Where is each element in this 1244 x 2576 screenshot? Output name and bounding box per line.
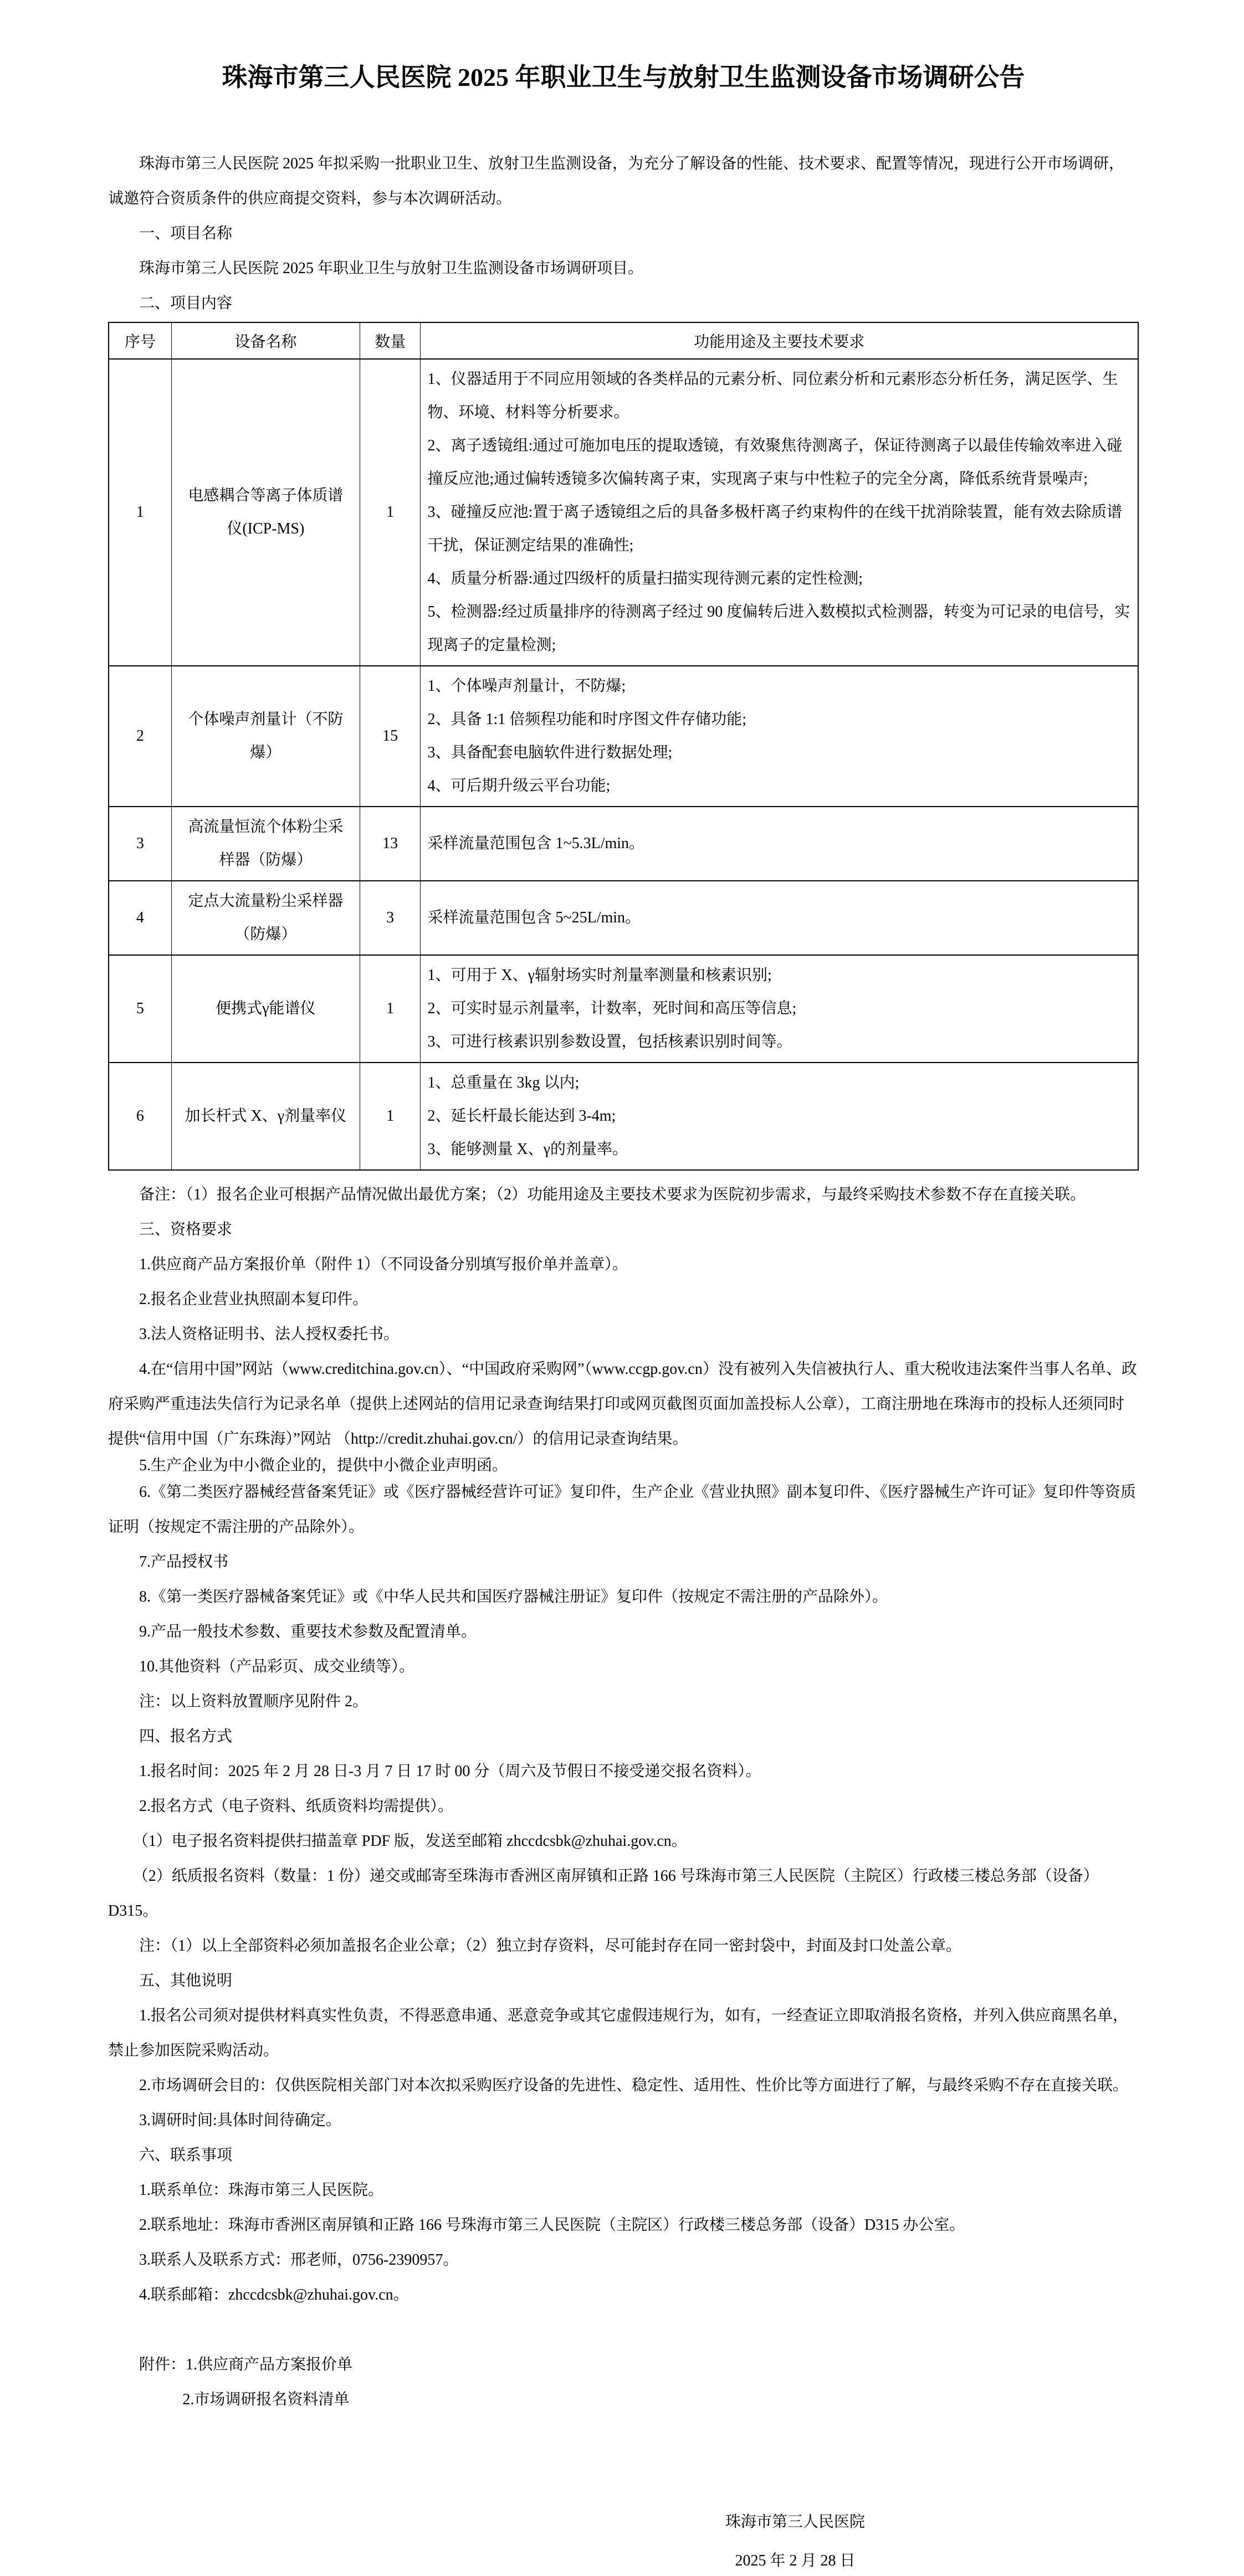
- section-1-heading: 一、项目名称: [108, 216, 1139, 251]
- device-qty: 1: [360, 1063, 421, 1170]
- document-page: 珠海市第三人民医院 2025 年职业卫生与放射卫生监测设备市场调研公告 珠海市第…: [0, 0, 1244, 2576]
- contact-item: 1.联系单位：珠海市第三人民医院。: [108, 2173, 1139, 2208]
- document-title: 珠海市第三人民医院 2025 年职业卫生与放射卫生监测设备市场调研公告: [108, 60, 1139, 95]
- table-row: 5 便携式γ能谱仪 1 1、可用于 X、γ辐射场实时剂量率测量和核素识别; 2、…: [109, 955, 1138, 1063]
- registration-item: 2.报名方式（电子资料、纸质资料均需提供）。: [108, 1789, 1139, 1824]
- device-requirements: 1、总重量在 3kg 以内; 2、延长杆最长能达到 3-4m; 3、能够测量 X…: [421, 1063, 1138, 1170]
- table-row: 3 高流量恒流个体粉尘采样器（防爆） 13 采样流量范围包含 1~5.3L/mi…: [109, 807, 1138, 881]
- qualification-item: 2.报名企业营业执照副本复印件。: [108, 1282, 1139, 1317]
- requirement-line: 采样流量范围包含 5~25L/min。: [427, 901, 1132, 935]
- attachment-line: 附件：1.供应商产品方案报价单: [108, 2347, 1139, 2382]
- other-note-item: 1.报名公司须对提供材料真实性负责，不得恶意串通、恶意竞争或其它虚假违规行为，如…: [108, 1998, 1139, 2068]
- requirement-line: 3、具备配套电脑软件进行数据处理;: [427, 736, 1132, 769]
- requirement-line: 1、总重量在 3kg 以内;: [427, 1066, 1132, 1100]
- device-requirements: 采样流量范围包含 1~5.3L/min。: [421, 807, 1138, 881]
- table-row: 4 定点大流量粉尘采样器（防爆） 3 采样流量范围包含 5~25L/min。: [109, 881, 1138, 955]
- requirement-line: 1、可用于 X、γ辐射场实时剂量率测量和核素识别;: [427, 959, 1132, 992]
- device-qty: 1: [360, 359, 421, 666]
- requirement-line: 2、延长杆最长能达到 3-4m;: [427, 1100, 1132, 1133]
- device-qty: 3: [360, 881, 421, 955]
- requirement-line: 2、离子透镜组:通过可施加电压的提取透镜，有效聚焦待测离子，保证待测离子以最佳传…: [427, 429, 1132, 496]
- qualification-item: 3.法人资格证明书、法人授权委托书。: [108, 1317, 1139, 1352]
- device-name: 电感耦合等离子体质谱仪(ICP-MS): [171, 359, 360, 666]
- device-qty: 15: [360, 666, 421, 807]
- other-note-item: 3.调研时间:具体时间待确定。: [108, 2103, 1139, 2138]
- row-seq: 5: [109, 955, 171, 1063]
- requirement-line: 3、碰撞反应池:置于离子透镜组之后的具备多极杆离子约束构件的在线干扰消除装置，能…: [427, 496, 1132, 562]
- device-requirements: 1、仪器适用于不同应用领域的各类样品的元素分析、同位素分析和元素形态分析任务，满…: [421, 359, 1138, 666]
- registration-note: 注：（1）以上全部资料必须加盖报名企业公章；（2）独立封存资料，尽可能封存在同一…: [108, 1928, 1139, 1963]
- header-device-name: 设备名称: [171, 322, 360, 359]
- section-2-heading: 二、项目内容: [108, 286, 1139, 321]
- header-qty: 数量: [360, 322, 421, 359]
- equipment-table: 序号 设备名称 数量 功能用途及主要技术要求 1 电感耦合等离子体质谱仪(ICP…: [108, 322, 1139, 1171]
- device-name: 定点大流量粉尘采样器（防爆）: [171, 881, 360, 955]
- table-row: 6 加长杆式 X、γ剂量率仪 1 1、总重量在 3kg 以内; 2、延长杆最长能…: [109, 1063, 1138, 1170]
- device-requirements: 采样流量范围包含 5~25L/min。: [421, 881, 1138, 955]
- section-6-heading: 六、联系事项: [108, 2138, 1139, 2173]
- device-qty: 13: [360, 807, 421, 881]
- qualification-item: 4.在“信用中国”网站（www.creditchina.gov.cn）、“中国政…: [108, 1352, 1139, 1456]
- registration-item: 1.报名时间：2025 年 2 月 28 日-3 月 7 日 17 时 00 分…: [108, 1754, 1139, 1789]
- qualification-item: 10.其他资料（产品彩页、成交业绩等）。: [108, 1649, 1139, 1684]
- requirement-line: 2、可实时显示剂量率，计数率，死时间和高压等信息;: [427, 992, 1132, 1025]
- signature-block: 珠海市第三人民医院 2025 年 2 月 28 日: [684, 2503, 906, 2576]
- header-requirements: 功能用途及主要技术要求: [421, 322, 1138, 359]
- contact-item: 2.联系地址：珠海市香洲区南屏镇和正路 166 号珠海市第三人民医院（主院区）行…: [108, 2208, 1139, 2243]
- qualification-item: 1.供应商产品方案报价单（附件 1）（不同设备分别填写报价单并盖章）。: [108, 1247, 1139, 1282]
- device-name: 高流量恒流个体粉尘采样器（防爆）: [171, 807, 360, 881]
- row-seq: 4: [109, 881, 171, 955]
- qualification-note: 注：以上资料放置顺序见附件 2。: [108, 1684, 1139, 1719]
- device-qty: 1: [360, 955, 421, 1063]
- qualification-item: 5.生产企业为中小微企业的，提供中小微企业声明函。: [108, 1456, 1139, 1475]
- section-5-heading: 五、其他说明: [108, 1963, 1139, 1998]
- requirement-line: 3、能够测量 X、γ的剂量率。: [427, 1133, 1132, 1166]
- section-4-heading: 四、报名方式: [108, 1719, 1139, 1754]
- section-1-body: 珠海市第三人民医院 2025 年职业卫生与放射卫生监测设备市场调研项目。: [108, 251, 1139, 286]
- requirement-line: 1、个体噪声剂量计，不防爆;: [427, 670, 1132, 703]
- table-header-row: 序号 设备名称 数量 功能用途及主要技术要求: [109, 322, 1138, 359]
- registration-sub-item: （1）电子报名资料提供扫描盖章 PDF 版，发送至邮箱 zhccdcsbk@zh…: [108, 1824, 1139, 1859]
- table-row: 2 个体噪声剂量计（不防爆） 15 1、个体噪声剂量计，不防爆; 2、具备 1:…: [109, 666, 1138, 807]
- attachment-line: 2.市场调研报名资料清单: [108, 2382, 1139, 2417]
- intro-paragraph: 珠海市第三人民医院 2025 年拟采购一批职业卫生、放射卫生监测设备，为充分了解…: [108, 146, 1139, 216]
- requirement-line: 采样流量范围包含 1~5.3L/min。: [427, 827, 1132, 860]
- contact-item: 3.联系人及联系方式：邢老师，0756-2390957。: [108, 2243, 1139, 2277]
- device-name: 个体噪声剂量计（不防爆）: [171, 666, 360, 807]
- qualification-item: 9.产品一般技术参数、重要技术参数及配置清单。: [108, 1614, 1139, 1649]
- device-requirements: 1、个体噪声剂量计，不防爆; 2、具备 1:1 倍频程功能和时序图文件存储功能;…: [421, 666, 1138, 807]
- table-row: 1 电感耦合等离子体质谱仪(ICP-MS) 1 1、仪器适用于不同应用领域的各类…: [109, 359, 1138, 666]
- row-seq: 6: [109, 1063, 171, 1170]
- requirement-line: 5、检测器:经过质量排序的待测离子经过 90 度偏转后进入数模拟式检测器，转变为…: [427, 596, 1132, 662]
- contact-item: 4.联系邮箱：zhccdcsbk@zhuhai.gov.cn。: [108, 2277, 1139, 2312]
- row-seq: 1: [109, 359, 171, 666]
- requirement-line: 4、质量分析器:通过四级杆的质量扫描实现待测元素的定性检测;: [427, 562, 1132, 596]
- signature-date: 2025 年 2 月 28 日: [684, 2542, 906, 2576]
- row-seq: 2: [109, 666, 171, 807]
- requirement-line: 2、具备 1:1 倍频程功能和时序图文件存储功能;: [427, 703, 1132, 736]
- registration-sub-item: （2）纸质报名资料（数量：1 份）递交或邮寄至珠海市香洲区南屏镇和正路 166 …: [108, 1859, 1139, 1928]
- signature-org: 珠海市第三人民医院: [684, 2503, 906, 2542]
- qualification-item: 8.《第一类医疗器械备案凭证》或《中华人民共和国医疗器械注册证》复印件（按规定不…: [108, 1579, 1139, 1614]
- table-remark: 备注：（1）报名企业可根据产品情况做出最优方案；（2）功能用途及主要技术要求为医…: [108, 1177, 1139, 1212]
- row-seq: 3: [109, 807, 171, 881]
- requirement-line: 1、仪器适用于不同应用领域的各类样品的元素分析、同位素分析和元素形态分析任务，满…: [427, 363, 1132, 429]
- attachments-block: 附件：1.供应商产品方案报价单 2.市场调研报名资料清单: [108, 2347, 1139, 2417]
- device-name: 便携式γ能谱仪: [171, 955, 360, 1063]
- section-3-heading: 三、资格要求: [108, 1212, 1139, 1247]
- qualification-item: 6.《第二类医疗器械经营备案凭证》或《医疗器械经营许可证》复印件，生产企业《营业…: [108, 1475, 1139, 1544]
- qualification-item: 7.产品授权书: [108, 1544, 1139, 1579]
- device-name: 加长杆式 X、γ剂量率仪: [171, 1063, 360, 1170]
- header-seq: 序号: [109, 322, 171, 359]
- other-note-item: 2.市场调研会目的：仅供医院相关部门对本次拟采购医疗设备的先进性、稳定性、适用性…: [108, 2068, 1139, 2103]
- requirement-line: 3、可进行核素识别参数设置，包括核素识别时间等。: [427, 1025, 1132, 1059]
- device-requirements: 1、可用于 X、γ辐射场实时剂量率测量和核素识别; 2、可实时显示剂量率，计数率…: [421, 955, 1138, 1063]
- requirement-line: 4、可后期升级云平台功能;: [427, 769, 1132, 803]
